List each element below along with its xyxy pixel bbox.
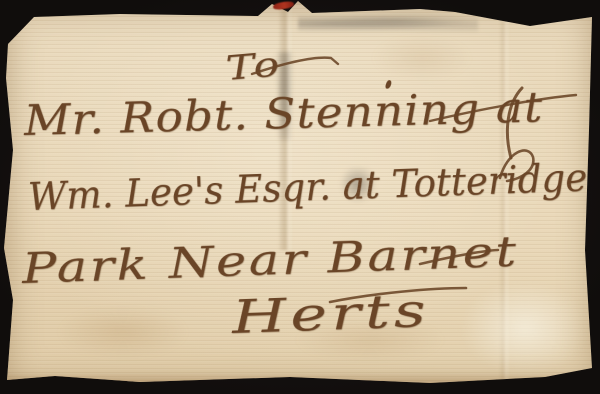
paper-edge-shading: [0, 0, 600, 394]
bottom-edge-stain: [0, 372, 600, 388]
letter-cover: To Mr. Robt. Stenning at Wm. Lee's Esqr.…: [0, 0, 600, 394]
photo-backdrop: To Mr. Robt. Stenning at Wm. Lee's Esqr.…: [0, 0, 600, 394]
